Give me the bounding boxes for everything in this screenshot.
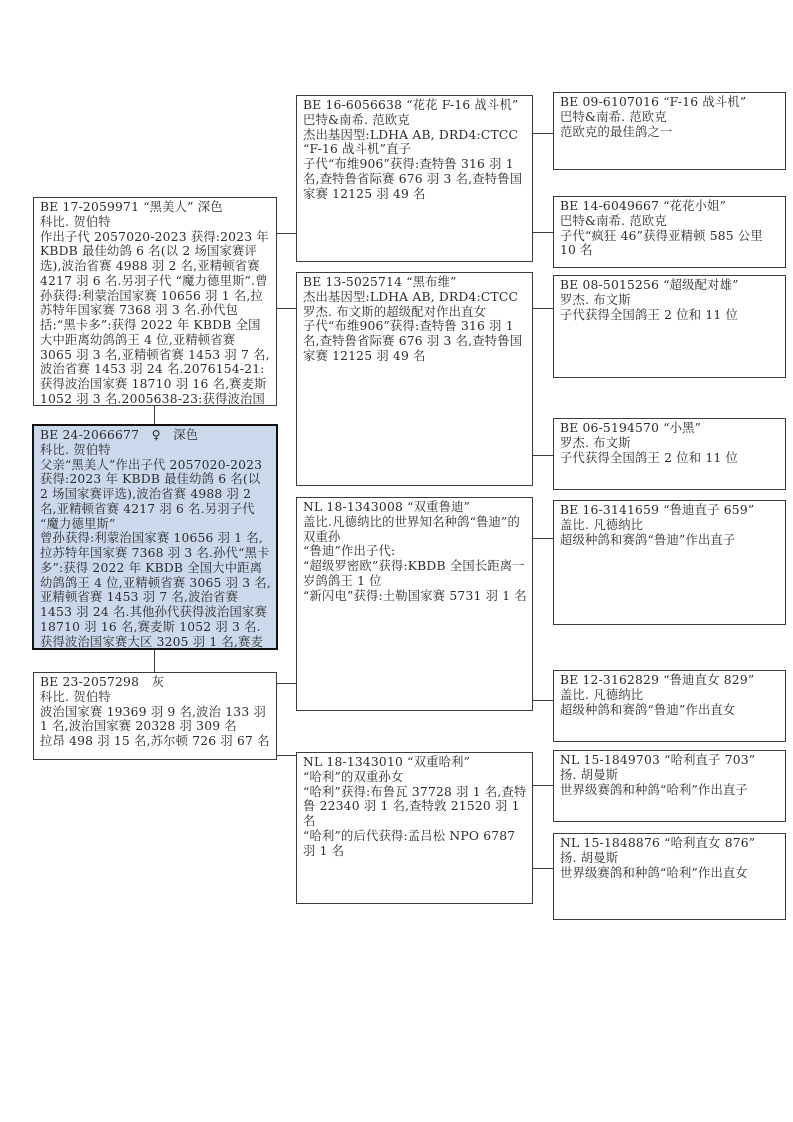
box-text: BE 23-2057298 灰 科比. 贺伯特 波治国家赛 19369 羽 9 …: [34, 673, 276, 751]
connector-line: [533, 455, 553, 456]
connector-line: [533, 133, 553, 134]
pedigree-box-mother-be-23-2057298: BE 23-2057298 灰 科比. 贺伯特 波治国家赛 19369 羽 9 …: [33, 672, 277, 760]
connector-line: [533, 308, 553, 309]
box-text: BE 08-5015256 “超级配对雄” 罗杰. 布文斯 子代获得全国鸽王 2…: [554, 276, 785, 324]
connector-line: [277, 233, 296, 234]
pedigree-box-be-14-6049667: BE 14-6049667 “花花小姐” 巴特&南希. 范欧克 子代“疯狂 46…: [553, 196, 786, 268]
connector-line: [533, 868, 553, 869]
connector-line: [533, 700, 553, 701]
pedigree-box-nl-15-1848876: NL 15-1848876 “哈利直女 876” 扬. 胡曼斯 世界级赛鸽和种鸽…: [553, 833, 786, 920]
box-text: NL 18-1343010 “双重哈利” “哈利”的双重孙女 “哈利”获得:布鲁…: [297, 753, 532, 860]
connector-line: [154, 650, 155, 672]
box-text: NL 18-1343008 “双重鲁迪” 盖比.凡德纳比的世界知名种鸽“鲁迪”的…: [297, 498, 532, 605]
connector-line: [533, 538, 553, 539]
connector-line: [533, 785, 553, 786]
connector-line: [277, 308, 296, 309]
connector-line: [154, 406, 155, 424]
pedigree-box-granddam-be-13-5025714: BE 13-5025714 “黑布维” 杰出基因型:LDHA AB, DRD4:…: [296, 272, 533, 486]
pedigree-box-nl-15-1849703: NL 15-1849703 “哈利直子 703” 扬. 胡曼斯 世界级赛鸽和种鸽…: [553, 750, 786, 822]
box-text: BE 09-6107016 “F-16 战斗机” 巴特&南希. 范欧克 范欧克的…: [554, 93, 785, 141]
box-text: BE 17-2059971 “黑美人” 深色 科比. 贺伯特 作出子代 2057…: [34, 198, 276, 406]
connector-line: [533, 232, 553, 233]
connector-line: [277, 755, 296, 756]
box-text: NL 15-1849703 “哈利直子 703” 扬. 胡曼斯 世界级赛鸽和种鸽…: [554, 751, 785, 799]
pedigree-chart: BE 17-2059971 “黑美人” 深色 科比. 贺伯特 作出子代 2057…: [0, 0, 793, 1122]
box-text: BE 16-3141659 “鲁迪直子 659” 盖比. 凡德纳比 超级种鸽和赛…: [554, 501, 785, 549]
pedigree-box-subject-be-24-2066677: BE 24-2066677 ♀ 深色 科比. 贺伯特 父亲“黑美人”作出子代 2…: [32, 424, 278, 650]
pedigree-box-be-16-3141659: BE 16-3141659 “鲁迪直子 659” 盖比. 凡德纳比 超级种鸽和赛…: [553, 500, 786, 625]
box-text: BE 12-3162829 “鲁迪直女 829” 盖比. 凡德纳比 超级种鸽和赛…: [554, 671, 785, 719]
box-text: BE 24-2066677 ♀ 深色 科比. 贺伯特 父亲“黑美人”作出子代 2…: [34, 426, 276, 650]
pedigree-box-grandsire-nl-18-1343008: NL 18-1343008 “双重鲁迪” 盖比.凡德纳比的世界知名种鸽“鲁迪”的…: [296, 497, 533, 711]
pedigree-box-granddam-nl-18-1343010: NL 18-1343010 “双重哈利” “哈利”的双重孙女 “哈利”获得:布鲁…: [296, 752, 533, 904]
box-text: BE 14-6049667 “花花小姐” 巴特&南希. 范欧克 子代“疯狂 46…: [554, 197, 785, 260]
box-text: NL 15-1848876 “哈利直女 876” 扬. 胡曼斯 世界级赛鸽和种鸽…: [554, 834, 785, 882]
pedigree-box-grandsire-be-16-6056638: BE 16-6056638 “花花 F-16 战斗机” 巴特&南希. 范欧克 杰…: [296, 95, 533, 262]
box-text: BE 13-5025714 “黑布维” 杰出基因型:LDHA AB, DRD4:…: [297, 273, 532, 366]
pedigree-box-be-06-5194570: BE 06-5194570 “小黑” 罗杰. 布文斯 子代获得全国鸽王 2 位和…: [553, 418, 786, 490]
connector-line: [277, 683, 296, 684]
box-text: BE 16-6056638 “花花 F-16 战斗机” 巴特&南希. 范欧克 杰…: [297, 96, 532, 203]
pedigree-box-be-08-5015256: BE 08-5015256 “超级配对雄” 罗杰. 布文斯 子代获得全国鸽王 2…: [553, 275, 786, 378]
pedigree-box-be-12-3162829: BE 12-3162829 “鲁迪直女 829” 盖比. 凡德纳比 超级种鸽和赛…: [553, 670, 786, 742]
pedigree-box-father-be-17-2059971: BE 17-2059971 “黑美人” 深色 科比. 贺伯特 作出子代 2057…: [33, 197, 277, 406]
pedigree-box-be-09-6107016: BE 09-6107016 “F-16 战斗机” 巴特&南希. 范欧克 范欧克的…: [553, 92, 786, 170]
box-text: BE 06-5194570 “小黑” 罗杰. 布文斯 子代获得全国鸽王 2 位和…: [554, 419, 785, 467]
